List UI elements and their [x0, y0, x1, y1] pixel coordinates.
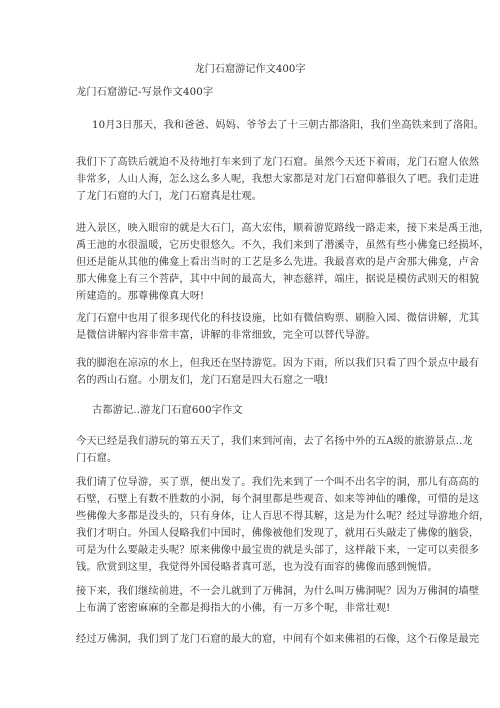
text-line: 所建造的。那尊佛像真大呀! [76, 288, 436, 305]
text-line: 那大佛龛上有三个菩萨，其中中间的最高大，神态慈祥，端庄，据说是模仿武则天的相貌 [76, 271, 436, 288]
text-line: 名的西山石窟。小朋友们，龙门石窟是四大石窟之一哦! [76, 372, 436, 389]
text-line: 可是为什么要敲走头呢？原来佛像中最宝贵的就是头部了，这样敲下来，一定可以卖很多 [76, 542, 436, 559]
text-line: 接下来，我们继续前进，不一会儿就到了万佛洞，为什么叫万佛洞呢？因为万佛洞的墙壁 [76, 583, 436, 600]
text-line: 我们才明白。外国人侵略我们中国时，佛像被他们发现了，就用石头敲走了佛像的脑袋， [76, 525, 436, 542]
text-line: 禹王池的水很温暖，它历史很悠久。不久，我们来到了潜溪寺，虽然有些小佛龛已经损坏， [76, 237, 436, 254]
text-line: 今天已经是我们游玩的第五天了，我们来到河南，去了名扬中外的五A级的旅游景点..龙 [76, 433, 436, 450]
text-line: 但还是能从其他的佛龛上看出当时的工艺是多么先进。我最喜欢的是卢舍那大佛龛，卢舍 [76, 254, 436, 271]
document-page: 龙门石窟游记作文400字 龙门石窟游记-写景作文400字 10月3日那天，我和爸… [0, 0, 500, 708]
text-line: 石壁，石壁上有数不胜数的小洞，每个洞里都是些观音、如来等神仙的雕像，可惜的是这 [76, 491, 436, 508]
text-line: 龙门石窟中也用了很多现代化的科技设施，比如有微信购票、刷脸入园、微信讲解，尤其 [76, 310, 436, 327]
text-line: 非常多，人山人海，怎么这么多人呢，我想大家都是对龙门石窟仰慕很久了吧。我们走进 [76, 171, 436, 188]
text-line: 10月3日那天，我和爸爸、妈妈、爷爷去了十三朝古都洛阳，我们坐高铁来到了洛阳。 [92, 117, 452, 134]
text-line: 进入景区，映入眼帘的就是大石门，高大宏伟，顺着游览路线一路走来，接下来是禹王池， [76, 220, 436, 237]
text-line: 门石窟。 [76, 450, 436, 467]
text-line: 古都游记..游龙门石窟600字作文 [92, 402, 452, 419]
text-line: 上布满了密密麻麻的全都是拇指大的小佛，有一万多个呢，非常壮观! [76, 600, 436, 617]
text-line: 我们下了高铁后就迫不及待地打车来到了龙门石窟。虽然今天还下着雨，龙门石窟人依然 [76, 154, 436, 171]
text-line: 我们请了位导游，买了票，便出发了。我们先来到了一个叫不出名字的洞，那儿有高高的 [76, 474, 436, 491]
text-line: 我的脚泡在凉凉的水上，但我还在坚持游览。因为下雨，所以我们只看了四个景点中最有 [76, 355, 436, 372]
text-line: 了龙门石窟的大门，龙门石窟真是壮观。 [76, 188, 436, 205]
text-line: 些佛像大多都是没头的，只有身体，让人百思不得其解，这是为什么呢？经过导游地介绍， [76, 508, 436, 525]
document-title: 龙门石窟游记作文400字 [0, 60, 500, 75]
text-line: 钱。欣赏到这里，我觉得外国侵略者真可恶，也为没有面容的佛像而感到惋惜。 [76, 559, 436, 576]
text-line: 经过万佛洞，我们到了龙门石窟的最大的窟，中间有个如来佛祖的石像，这个石像是最完 [76, 631, 436, 648]
text-line: 是微信讲解内容非常丰富，讲解的非常细致，完全可以替代导游。 [76, 327, 436, 344]
document-subtitle: 龙门石窟游记-写景作文400字 [76, 84, 436, 101]
